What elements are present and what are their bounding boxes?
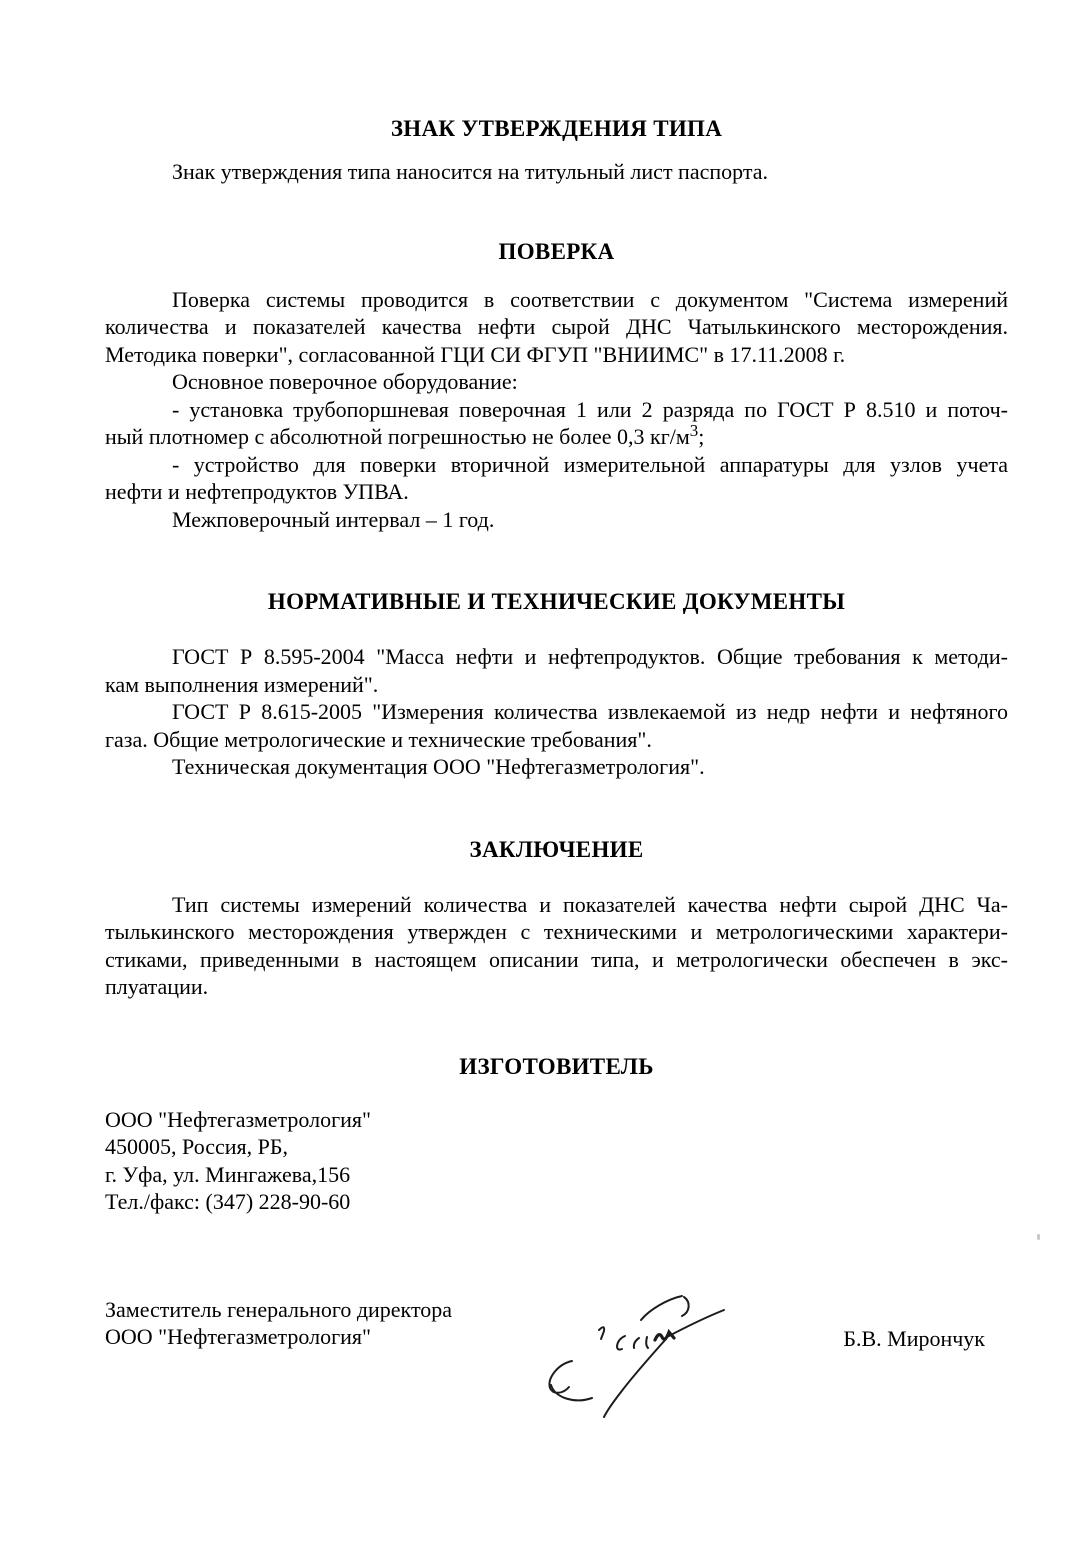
- section-heading-manufacturer: ИЗГОТОВИТЕЛЬ: [105, 1053, 1008, 1080]
- text-column: ЗНАК УТВЕРЖДЕНИЯ ТИПА Знак утверждения т…: [0, 115, 1086, 1356]
- manufacturer-address-block: ООО "Нефтегазметрология" 450005, Россия,…: [105, 1106, 1008, 1216]
- text-line: Поверка системы проводится в соответстви…: [105, 286, 1008, 314]
- text-line: - установка трубопоршневая поверочная 1 …: [105, 396, 1008, 424]
- text-line: количества и показателей качества нефти …: [105, 313, 1008, 341]
- manufacturer-street: г. Уфа, ул. Мингажева,156: [105, 1161, 1008, 1189]
- text-line: Межповерочный интервал – 1 год.: [105, 506, 1008, 534]
- text-line: - устройство для поверки вторичной измер…: [105, 451, 1008, 479]
- section-heading-conclusion: ЗАКЛЮЧЕНИЕ: [105, 836, 1008, 863]
- text-line: ГОСТ Р 8.595-2004 "Масса нефти и нефтепр…: [105, 643, 1008, 671]
- handwritten-signature: [528, 1266, 748, 1441]
- text-fragment: ный плотномер с абсолютной погрешностью …: [105, 424, 690, 449]
- text-line: Тип системы измерений количества и показ…: [105, 891, 1008, 919]
- text-line: тылькинского месторождения утвержден с т…: [105, 918, 1008, 946]
- text-line: нефти и нефтепродуктов УПВА.: [105, 478, 1008, 506]
- section-heading-type-approval-mark: ЗНАК УТВЕРЖДЕНИЯ ТИПА: [105, 115, 1008, 142]
- text-line: плуатации.: [105, 973, 1008, 1001]
- superscript-3: 3: [690, 421, 699, 440]
- manufacturer-zip: 450005, Россия, РБ,: [105, 1133, 1008, 1161]
- manufacturer-phone: Тел./факс: (347) 228-90-60: [105, 1188, 1008, 1216]
- signer-name: Б.В. Мирончук: [843, 1325, 985, 1353]
- normative-documents-body: ГОСТ Р 8.595-2004 "Масса нефти и нефтепр…: [105, 643, 1008, 781]
- text-line: Основное поверочное оборудование:: [105, 368, 1008, 396]
- text-line: ГОСТ Р 8.615-2005 "Измерения количества …: [105, 698, 1008, 726]
- verification-body: Поверка системы проводится в соответстви…: [105, 286, 1008, 534]
- manufacturer-name: ООО "Нефтегазметрология": [105, 1106, 1008, 1134]
- section-heading-verification: ПОВЕРКА: [105, 238, 1008, 265]
- text-line: Методика поверки", согласованной ГЦИ СИ …: [105, 341, 1008, 369]
- section-heading-normative-documents: НОРМАТИВНЫЕ И ТЕХНИЧЕСКИЕ ДОКУМЕНТЫ: [105, 588, 1008, 615]
- text-line: Техническая документация ООО "Нефтегазме…: [105, 753, 1008, 781]
- scan-artifact: [1037, 1234, 1040, 1240]
- conclusion-body: Тип системы измерений количества и показ…: [105, 891, 1008, 1001]
- text-line-superscript-kg-m3: ный плотномер с абсолютной погрешностью …: [105, 423, 1008, 451]
- document-page: ЗНАК УТВЕРЖДЕНИЯ ТИПА Знак утверждения т…: [0, 0, 1086, 1560]
- paragraph-type-approval-mark: Знак утверждения типа наносится на титул…: [105, 158, 1008, 186]
- text-line: стиками, приведенными в настоящем описан…: [105, 946, 1008, 974]
- text-fragment: ;: [698, 424, 704, 449]
- text-line: газа. Общие метрологические и технически…: [105, 726, 1008, 754]
- text-line: кам выполнения измерений".: [105, 671, 1008, 699]
